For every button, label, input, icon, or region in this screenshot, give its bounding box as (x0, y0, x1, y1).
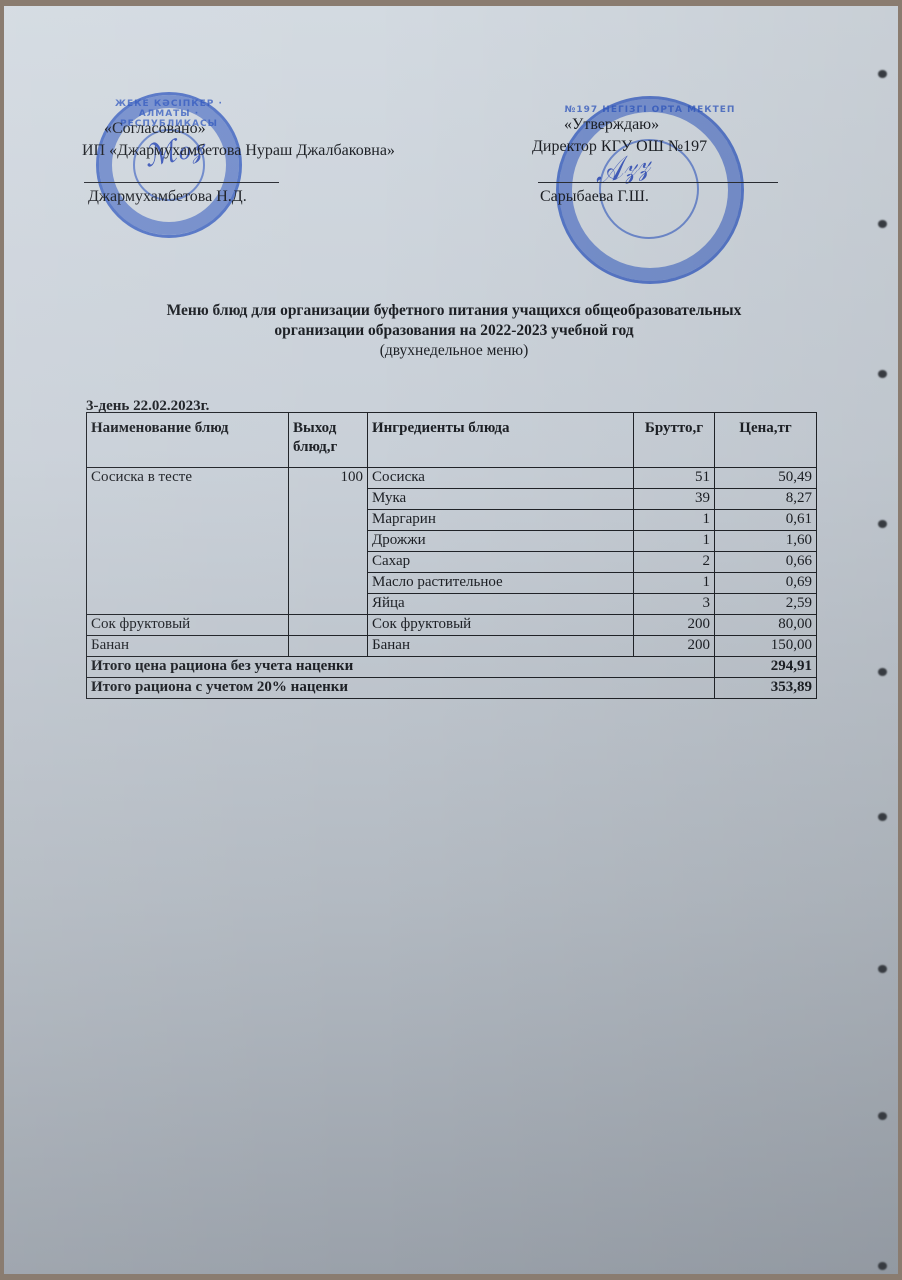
title-line-2: организации образования на 2022-2023 уче… (274, 322, 633, 339)
approval-right-signatory: Сарыбаева Г.Ш. (540, 186, 649, 208)
total-value: 294,91 (715, 657, 817, 678)
ingredient-name: Сок фруктовый (368, 615, 634, 636)
total-row: Итого рациона с учетом 20% наценки353,89 (87, 678, 817, 699)
binder-hole-icon (878, 668, 887, 676)
ingredient-name: Мука (368, 489, 634, 510)
total-value: 353,89 (715, 678, 817, 699)
ingredient-name: Яйца (368, 594, 634, 615)
ingredient-name: Маргарин (368, 510, 634, 531)
dish-output (289, 636, 368, 657)
ingredient-gross: 1 (634, 531, 715, 552)
ingredient-price: 50,49 (715, 468, 817, 489)
binder-hole-icon (878, 1112, 887, 1120)
approval-left-signatory: Джармухамбетова Н.Д. (88, 186, 247, 208)
binder-hole-icon (878, 70, 887, 78)
approval-left-organization: ИП «Джармухамбетова Нураш Джалбаковна» (82, 140, 395, 162)
ingredient-gross: 2 (634, 552, 715, 573)
ingredient-name: Сосиска (368, 468, 634, 489)
header-price: Цена,тг (715, 413, 817, 468)
ingredient-gross: 200 (634, 615, 715, 636)
dish-name: Сосиска в тесте (87, 468, 289, 615)
ingredient-price: 2,59 (715, 594, 817, 615)
ingredient-gross: 1 (634, 510, 715, 531)
header-dish-name: Наименование блюд (87, 413, 289, 468)
header-gross: Брутто,г (634, 413, 715, 468)
ingredient-gross: 3 (634, 594, 715, 615)
ingredient-price: 0,69 (715, 573, 817, 594)
ingredient-price: 8,27 (715, 489, 817, 510)
table-header-row: Наименование блюд Выход блюд,г Ингредиен… (87, 413, 817, 468)
menu-table: Наименование блюд Выход блюд,г Ингредиен… (86, 412, 817, 699)
approval-left-heading: «Согласовано» (104, 118, 206, 140)
ingredient-name: Дрожжи (368, 531, 634, 552)
binder-hole-icon (878, 965, 887, 973)
dish-name: Банан (87, 636, 289, 657)
total-label: Итого рациона с учетом 20% наценки (87, 678, 715, 699)
table-row: БананБанан200150,00 (87, 636, 817, 657)
ingredient-price: 150,00 (715, 636, 817, 657)
header-ingredients: Ингредиенты блюда (368, 413, 634, 468)
ingredient-price: 80,00 (715, 615, 817, 636)
document-title: Меню блюд для организации буфетного пита… (64, 301, 844, 361)
table-row: Сок фруктовыйСок фруктовый20080,00 (87, 615, 817, 636)
ingredient-gross: 51 (634, 468, 715, 489)
total-row: Итого цена рациона без учета наценки294,… (87, 657, 817, 678)
ingredient-name: Масло растительное (368, 573, 634, 594)
binder-hole-icon (878, 370, 887, 378)
signature-line-right (538, 182, 778, 183)
ingredient-gross: 1 (634, 573, 715, 594)
dish-output: 100 (289, 468, 368, 615)
title-line-1: Меню блюд для организации буфетного пита… (167, 302, 742, 319)
ingredient-price: 0,61 (715, 510, 817, 531)
total-label: Итого цена рациона без учета наценки (87, 657, 715, 678)
binder-hole-icon (878, 1262, 887, 1270)
dish-name: Сок фруктовый (87, 615, 289, 636)
ingredient-price: 1,60 (715, 531, 817, 552)
ingredient-gross: 200 (634, 636, 715, 657)
ingredient-name: Сахар (368, 552, 634, 573)
title-subtitle: (двухнедельное меню) (64, 341, 844, 361)
ingredient-price: 0,66 (715, 552, 817, 573)
approval-right-position: Директор КГУ ОШ №197 (532, 136, 707, 158)
binder-hole-icon (878, 220, 887, 228)
signature-line-left (84, 182, 279, 183)
header-output: Выход блюд,г (289, 413, 368, 468)
ingredient-name: Банан (368, 636, 634, 657)
ingredient-gross: 39 (634, 489, 715, 510)
binder-hole-icon (878, 813, 887, 821)
table-row: Сосиска в тесте100Сосиска5150,49 (87, 468, 817, 489)
approval-right-heading: «Утверждаю» (564, 114, 659, 136)
document-page: ЖЕКЕ КӘСІПКЕР · АЛМАТЫ · РЕСПУБЛИКАСЫ ℳℴ… (4, 6, 898, 1274)
binder-hole-icon (878, 520, 887, 528)
dish-output (289, 615, 368, 636)
